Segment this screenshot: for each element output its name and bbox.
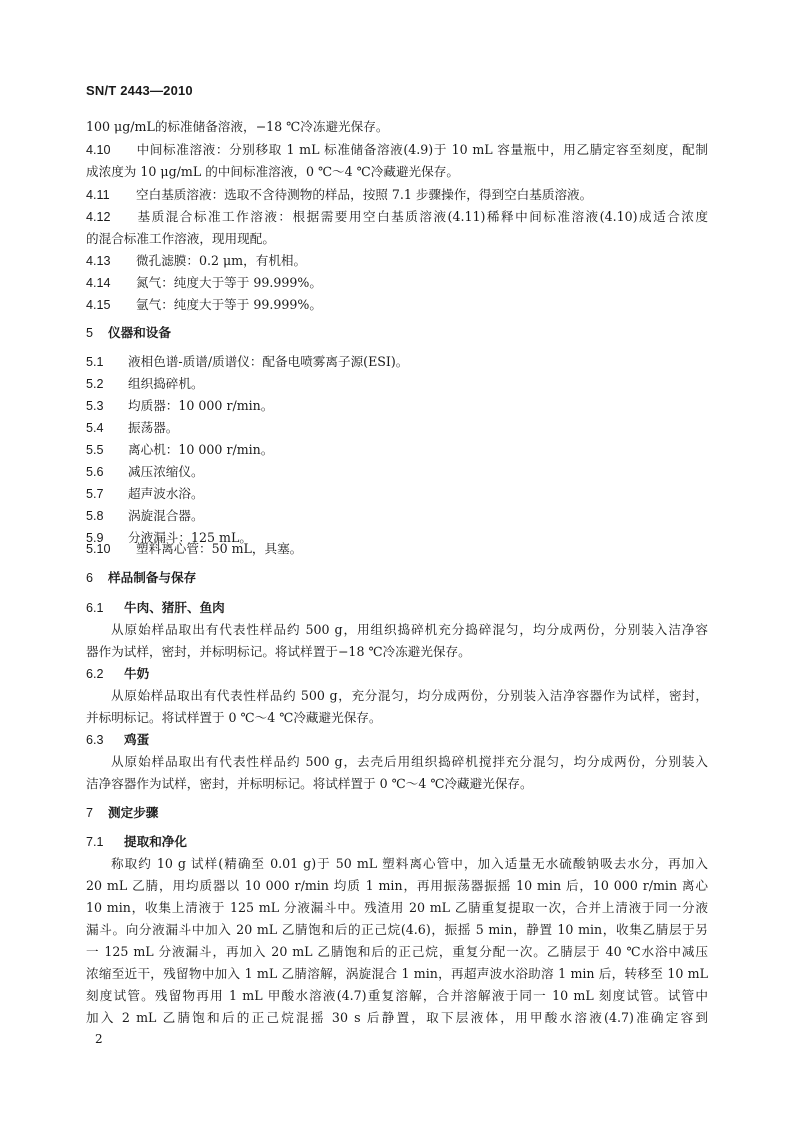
paragraph-6-1-line-1: 从原始样品取出有代表性样品约 500 g，用组织捣碎机充分捣碎混匀，均分成两份，… [86,622,708,638]
paragraph-7-1-line-3: 10 min，收集上清液于 125 mL 分液漏斗中。残渣用 20 mL 乙腈重… [86,900,708,916]
section-number: 7 [86,805,108,821]
item-4-12-line-2: 的混合标准工作溶液，现用现配。 [86,231,708,247]
item-number: 5.6 [86,464,128,480]
subsection-number: 6.2 [86,666,124,682]
paragraph-6-3-line-2: 洁净容器作为试样，密封，并标明标记。将试样置于 0 ℃～4 ℃冷藏避光保存。 [86,776,708,792]
item-text: 涡旋混合器。 [128,508,204,523]
item-text: 离心机：10 000 r/min。 [128,442,273,457]
paragraph-7-1-line-8: 加入 2 mL 乙腈饱和后的正己烷混摇 30 s 后静置，取下层液体，用甲酸水溶… [86,1010,708,1026]
section-6-heading: 6样品制备与保存 [86,570,708,586]
item-number: 4.15 [86,297,136,313]
item-text: 液相色谱-质谱/质谱仪：配备电喷雾离子源(ESI)。 [128,354,408,369]
item-text: 塑料离心管：50 mL，具塞。 [136,541,302,556]
subsection-6-3-heading: 6.3鸡蛋 [86,732,708,748]
document-page: SN/T 2443—2010 100 μg/mL的标准储备溶液，−18 ℃冷冻避… [0,0,793,1122]
subsection-6-1-heading: 6.1牛肉、猪肝、鱼肉 [86,600,708,616]
item-5-2: 5.2组织捣碎机。 [86,376,708,392]
paragraph-7-1-line-1: 称取约 10 g 试样(精确至 0.01 g)于 50 mL 塑料离心管中，加入… [86,856,708,872]
subsection-title: 鸡蛋 [124,732,149,747]
item-4-10-line-2: 成浓度为 10 μg/mL 的中间标准溶液，0 ℃～4 ℃冷藏避光保存。 [86,164,708,180]
item-5-10: 5.10塑料离心管：50 mL，具塞。 [86,541,708,557]
section-title: 样品制备与保存 [108,570,196,585]
subsection-7-1-heading: 7.1提取和净化 [86,834,708,850]
section-number: 6 [86,570,108,586]
item-5-6: 5.6减压浓缩仪。 [86,464,708,480]
section-title: 测定步骤 [108,805,158,820]
continuation-line: 100 μg/mL的标准储备溶液，−18 ℃冷冻避光保存。 [86,119,708,135]
paragraph-6-3-line-1: 从原始样品取出有代表性样品约 500 g，去壳后用组织捣碎机搅拌充分混匀，均分成… [86,754,708,770]
item-4-13: 4.13微孔滤膜：0.2 μm，有机相。 [86,253,708,269]
item-text: 组织捣碎机。 [128,376,204,391]
item-5-1: 5.1液相色谱-质谱/质谱仪：配备电喷雾离子源(ESI)。 [86,354,708,370]
section-7-heading: 7测定步骤 [86,805,708,821]
subsection-number: 7.1 [86,834,124,850]
subsection-title: 牛奶 [124,666,149,681]
item-number: 5.3 [86,398,128,414]
item-number: 5.7 [86,486,128,502]
item-text: 空白基质溶液：选取不含待测物的样品，按照 7.1 步骤操作，得到空白基质溶液。 [136,187,592,202]
item-number: 5.4 [86,420,128,436]
item-number: 5.2 [86,376,128,392]
subsection-6-2-heading: 6.2牛奶 [86,666,708,682]
section-number: 5 [86,325,108,341]
section-title: 仪器和设备 [108,325,171,340]
item-number: 5.8 [86,508,128,524]
item-5-4: 5.4振荡器。 [86,420,708,436]
standard-code-header: SN/T 2443—2010 [86,83,193,98]
subsection-title: 牛肉、猪肝、鱼肉 [124,600,225,615]
item-4-12: 4.12基质混合标准工作溶液：根据需要用空白基质溶液(4.11)稀释中间标准溶液… [86,209,708,225]
item-5-3: 5.3均质器：10 000 r/min。 [86,398,708,414]
item-4-11: 4.11空白基质溶液：选取不含待测物的样品，按照 7.1 步骤操作，得到空白基质… [86,187,708,203]
item-text: 振荡器。 [128,420,178,435]
item-number: 4.10 [86,142,136,158]
paragraph-7-1-line-7: 刻度试管。残留物再用 1 mL 甲酸水溶液(4.7)重复溶解，合并溶解液于同一 … [86,988,708,1004]
item-5-5: 5.5离心机：10 000 r/min。 [86,442,708,458]
item-number: 4.12 [86,209,136,225]
item-number: 4.11 [86,187,136,203]
item-text: 氮气：纯度大于等于 99.999%。 [136,275,322,290]
section-5-heading: 5仪器和设备 [86,325,708,341]
item-4-10: 4.10中间标准溶液：分别移取 1 mL 标准储备溶液(4.9)于 10 mL … [86,142,708,158]
paragraph-7-1-line-2: 20 mL 乙腈，用均质器以 10 000 r/min 均质 1 min，再用振… [86,878,708,894]
item-number: 4.14 [86,275,136,291]
paragraph-7-1-line-4: 漏斗。向分液漏斗中加入 20 mL 乙腈饱和后的正己烷(4.6)，振摇 5 mi… [86,922,708,938]
item-4-14: 4.14氮气：纯度大于等于 99.999%。 [86,275,708,291]
item-number: 4.13 [86,253,136,269]
item-number: 5.1 [86,354,128,370]
item-5-8: 5.8涡旋混合器。 [86,508,708,524]
subsection-number: 6.1 [86,600,124,616]
item-4-15: 4.15氩气：纯度大于等于 99.999%。 [86,297,708,313]
item-text: 微孔滤膜：0.2 μm，有机相。 [136,253,306,268]
item-text: 减压浓缩仪。 [128,464,204,479]
paragraph-6-1-line-2: 器作为试样，密封，并标明标记。将试样置于−18 ℃冷冻避光保存。 [86,644,708,660]
paragraph-6-2-line-2: 并标明标记。将试样置于 0 ℃～4 ℃冷藏避光保存。 [86,710,708,726]
paragraph-7-1-line-5: 一 125 mL 分液漏斗，再加入 20 mL 乙腈饱和后的正己烷，重复分配一次… [86,944,708,960]
item-5-7: 5.7超声波水浴。 [86,486,708,502]
page-number: 2 [95,1032,103,1046]
item-text: 超声波水浴。 [128,486,204,501]
paragraph-6-2-line-1: 从原始样品取出有代表性样品约 500 g，充分混匀，均分成两份，分别装入洁净容器… [86,688,708,704]
subsection-number: 6.3 [86,732,124,748]
subsection-title: 提取和净化 [124,834,187,849]
item-text: 中间标准溶液：分别移取 1 mL 标准储备溶液(4.9)于 10 mL 容量瓶中… [136,142,708,157]
item-number: 5.5 [86,442,128,458]
item-text: 均质器：10 000 r/min。 [128,398,273,413]
item-text: 基质混合标准工作溶液：根据需要用空白基质溶液(4.11)稀释中间标准溶液(4.1… [136,209,708,224]
paragraph-7-1-line-6: 浓缩至近干，残留物中加入 1 mL 乙腈溶解，涡旋混合 1 min，再超声波水浴… [86,966,708,982]
item-number: 5.10 [86,541,136,557]
item-text: 氩气：纯度大于等于 99.999%。 [136,297,322,312]
